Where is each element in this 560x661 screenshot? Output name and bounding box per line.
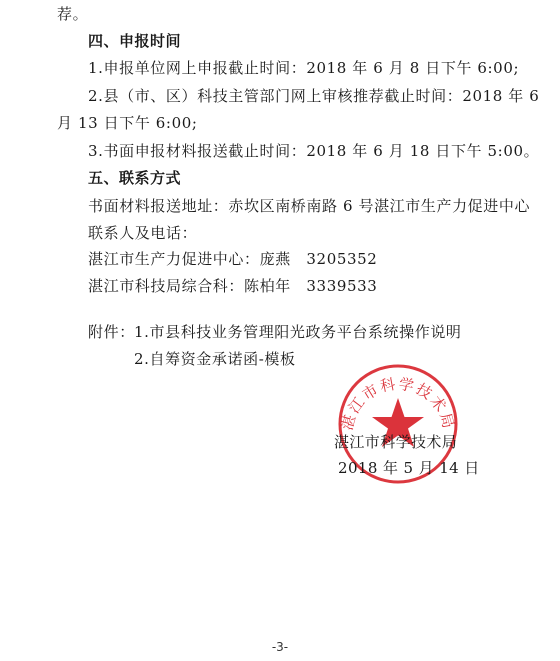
contact-science-bureau: 湛江市科技局综合科：陈柏年 3339533 xyxy=(88,276,377,296)
contact-productivity-center: 湛江市生产力促进中心：庞燕 3205352 xyxy=(88,249,377,269)
deadline-item-1: 1.申报单位网上申报截止时间：2018 年 6 月 8 日下午 6:00; xyxy=(88,58,519,78)
signing-date: 2018 年 5 月 14 日 xyxy=(338,458,480,478)
deadline-item-2: 2.县（市、区）科技主管部门网上审核推荐截止时间：2018 年 6 xyxy=(88,86,539,106)
section-heading-application-time: 四、申报时间 xyxy=(88,31,181,51)
attachments-label: 附件： xyxy=(88,322,135,342)
deadline-item-3: 3.书面申报材料报送截止时间：2018 年 6 月 18 日下午 5:00。 xyxy=(88,141,539,161)
attachment-item-2: 2.自筹资金承诺函-模板 xyxy=(134,349,296,369)
paragraph-continuation: 荐。 xyxy=(57,4,88,24)
section-heading-contact: 五、联系方式 xyxy=(88,168,181,188)
page-number: -3- xyxy=(0,640,560,654)
attachment-item-1: 1.市县科技业务管理阳光政务平台系统操作说明 xyxy=(134,322,462,342)
mailing-address: 书面材料报送地址：赤坎区南桥南路 6 号湛江市生产力促进中心 xyxy=(88,196,530,216)
signing-organization: 湛江市科学技术局 xyxy=(334,432,457,452)
contact-label: 联系人及电话： xyxy=(88,223,197,243)
deadline-item-2-continuation: 月 13 日下午 6:00; xyxy=(57,113,198,133)
